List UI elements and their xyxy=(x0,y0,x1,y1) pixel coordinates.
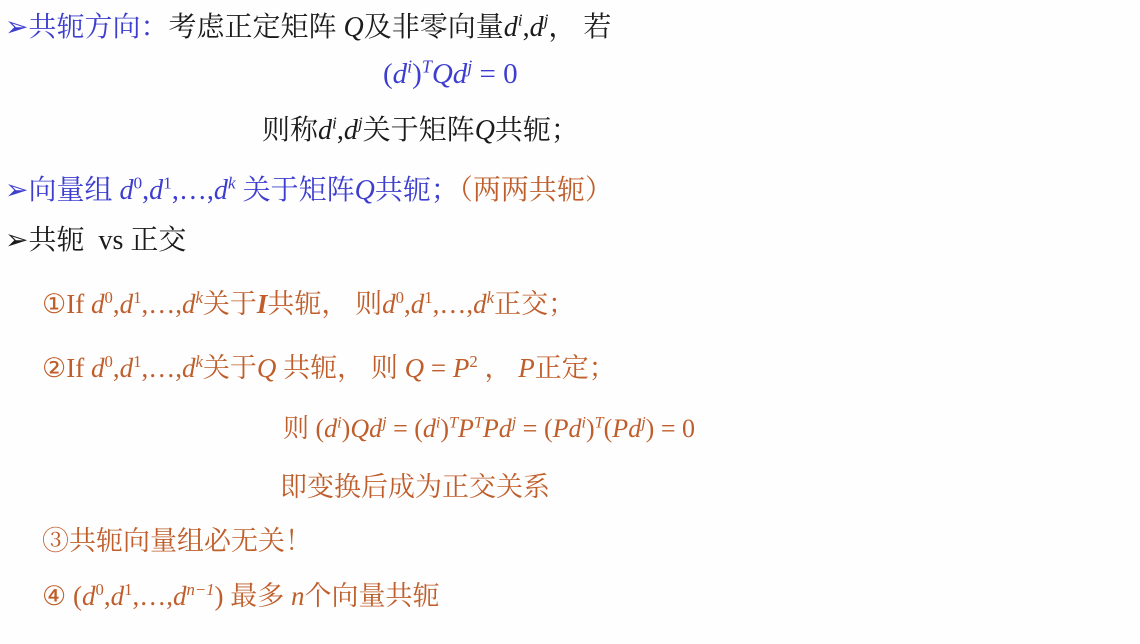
bullet-vector-group-conjugate: ➢向量组 d0,d1,…,dk 关于矩阵Q共轭；（两两共轭） xyxy=(5,173,613,209)
formula-transform-orthogonal: 则 (di)Qdj = (di)TPTPdj = (Pdi)T(Pdj) = 0 xyxy=(283,412,695,446)
slide: ➢共轭方向：考虑正定矩阵 Q及非零向量di,dj， 若 (di)TQdj = 0… xyxy=(0,0,1140,644)
formula-conjugate-condition: (di)TQdj = 0 xyxy=(383,56,518,94)
item-4-max-n-vectors: ④ (d0,d1,…,dn−1) 最多 n个向量共轭 xyxy=(42,579,439,614)
bullet-conjugate-direction-definition: ➢共轭方向：考虑正定矩阵 Q及非零向量di,dj， 若 xyxy=(5,10,611,46)
item-1-identity-conjugate: ①If d0,d1,…,dk关于I共轭， 则d0,d1,…,dk正交； xyxy=(42,287,575,322)
text-conjugate-naming: 则称di,dj关于矩阵Q共轭； xyxy=(262,113,579,149)
item-2-q-conjugate: ②If d0,d1,…,dk关于Q 共轭， 则 Q = P2 ， P正定； xyxy=(42,351,616,386)
bullet-conjugate-vs-orthogonal: ➢共轭 vs 正交 xyxy=(5,223,186,259)
text-transform-orthogonal-note: 即变换后成为正交关系 xyxy=(280,470,550,505)
item-3-conjugate-independent: ③共轭向量组必无关！ xyxy=(42,524,312,559)
